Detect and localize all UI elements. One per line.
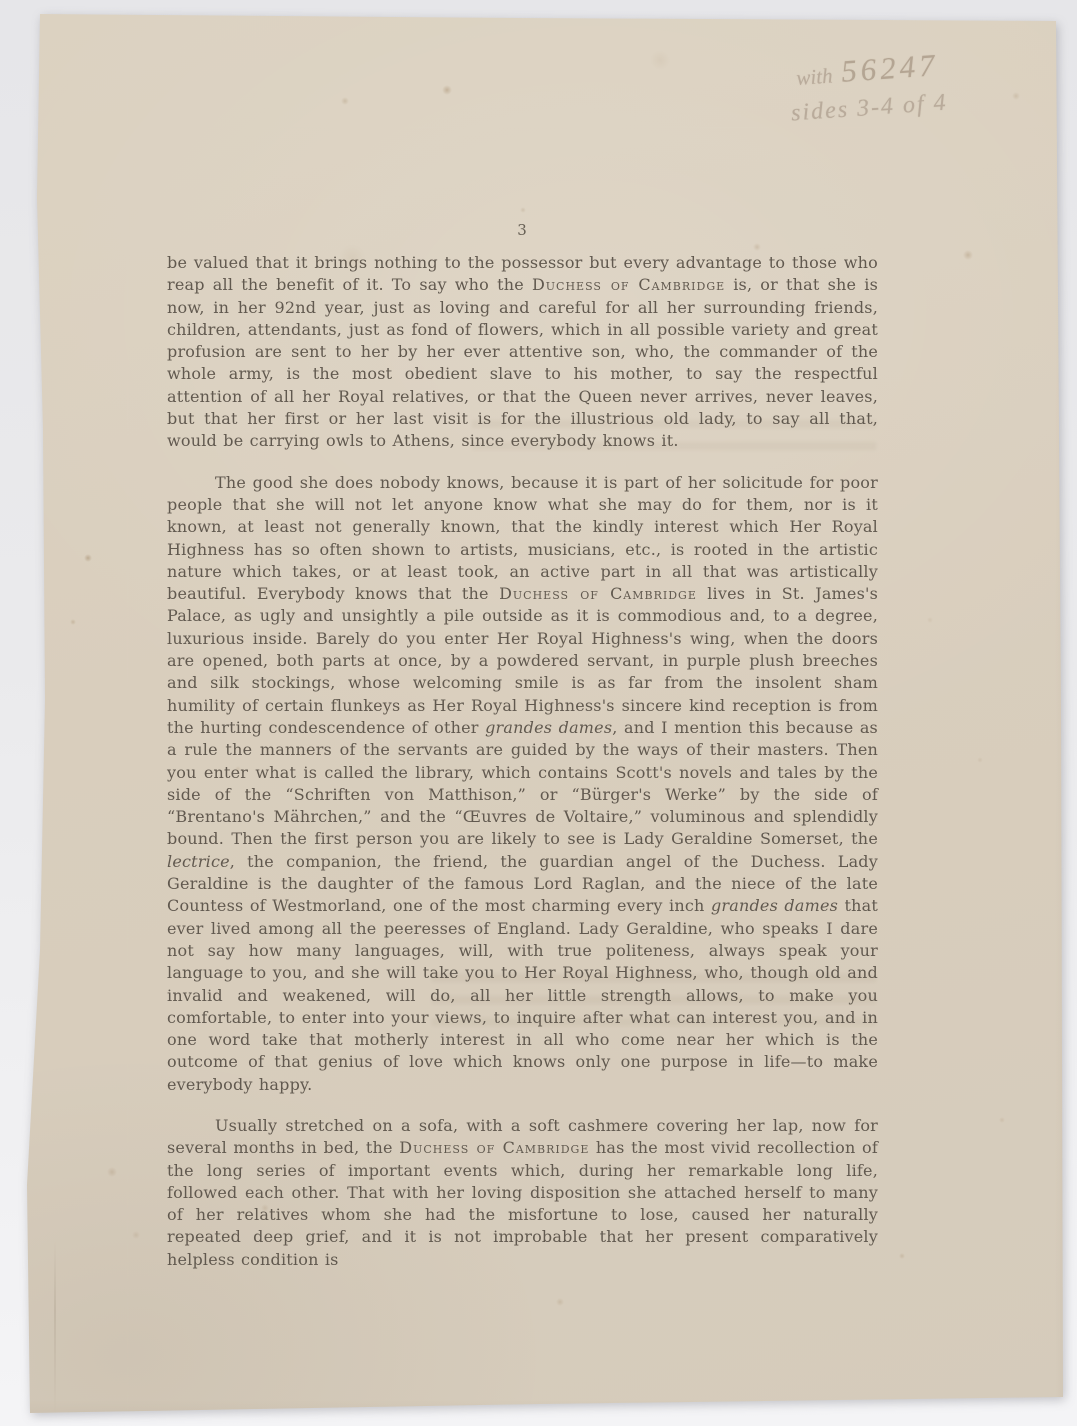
foxing-spot (341, 97, 349, 105)
foxing-spot (520, 207, 526, 213)
body-text: lives in St. James's Palace, as ugly and… (167, 584, 878, 737)
foxing-spot (977, 757, 983, 763)
paragraph: be valued that it brings nothing to the … (167, 252, 878, 453)
paper-sheet: with56247 sides 3-4 of 4 3 be valued tha… (0, 0, 1077, 1426)
paragraph: The good she does nobody knows, because … (167, 472, 878, 1096)
foxing-spot (963, 250, 973, 260)
pencil-annotation-line1: with56247 (795, 47, 940, 93)
small-caps-text: Duchess of Cambridge (399, 1138, 589, 1157)
pencil-annotation-line2: sides 3-4 of 4 (790, 90, 948, 128)
foxing-spot (556, 1298, 564, 1306)
foxing-spot (84, 554, 92, 562)
body-text: , and I mention this because as a rule t… (167, 718, 878, 848)
page-number: 3 (167, 221, 878, 239)
italic-text: grandes dames (485, 718, 612, 737)
paragraph: Usually stretched on a sofa, with a soft… (167, 1115, 878, 1271)
foxing-spot (132, 1231, 140, 1239)
italic-text: lectrice (167, 852, 230, 871)
scanner-background: with56247 sides 3-4 of 4 3 be valued tha… (0, 0, 1077, 1426)
body-text: has the most vivid recollection of the l… (167, 1138, 878, 1268)
foxing-spot (650, 50, 670, 70)
body-text: is, or that she is now, in her 92nd year… (167, 275, 878, 450)
foxing-spot (70, 619, 76, 625)
foxing-spot (753, 243, 761, 251)
foxing-spot (442, 85, 452, 95)
text-block: be valued that it brings nothing to the … (167, 252, 878, 1271)
paper-crease (54, 1240, 56, 1415)
pencil-annotation-word: with (796, 63, 834, 89)
foxing-spot (107, 1167, 117, 1177)
italic-text: grandes dames (711, 896, 838, 915)
foxing-spot (899, 1253, 905, 1259)
foxing-spot (1012, 92, 1020, 100)
small-caps-text: Duchess of Cambridge (532, 275, 725, 294)
pencil-annotation-number: 56247 (840, 47, 940, 89)
body-text: that ever lived among all the peeresses … (167, 896, 878, 1093)
foxing-spot (999, 1117, 1005, 1123)
foxing-spot (927, 617, 933, 623)
small-caps-text: Duchess of Cambridge (499, 584, 697, 603)
